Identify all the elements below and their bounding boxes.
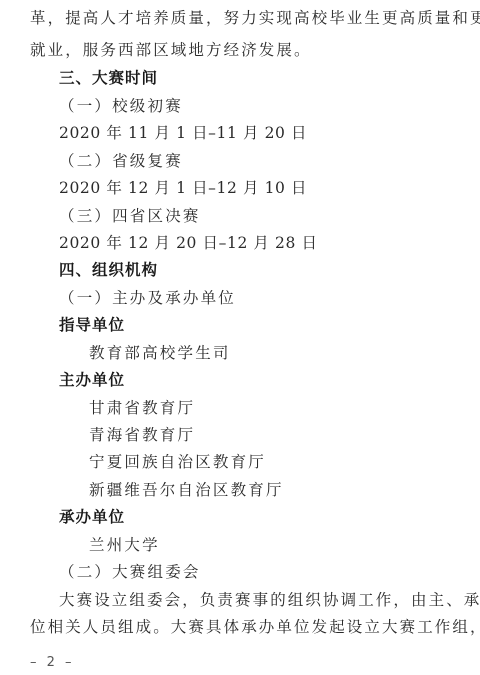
stage-1-label: （一）校级初赛 — [59, 96, 183, 116]
host-unit-label: 主办单位 — [59, 370, 125, 390]
intro-line-1: 革，提高人才培养质量，努力实现高校毕业生更高质量和更充分 — [30, 8, 480, 28]
guiding-unit-label: 指导单位 — [59, 315, 125, 335]
organizer-unit-label: 承办单位 — [59, 507, 125, 527]
host-unit-item: 宁夏回族自治区教育厅 — [89, 452, 266, 472]
host-unit-item: 青海省教育厅 — [89, 425, 195, 445]
guiding-unit-item: 教育部高校学生司 — [89, 343, 231, 363]
intro-line-2: 就业，服务西部区域地方经济发展。 — [30, 40, 312, 60]
section-4-sub-2: （二）大赛组委会 — [59, 562, 201, 582]
stage-3-date: 2020 年 12 月 20 日–12 月 28 日 — [59, 233, 318, 253]
committee-line-2: 位相关人员组成。大赛具体承办单位发起设立大赛工作组，本届 — [30, 617, 480, 637]
section-4-sub-1: （一）主办及承办单位 — [59, 288, 236, 308]
stage-1-date: 2020 年 11 月 1 日–11 月 20 日 — [59, 123, 307, 143]
stage-2-label: （二）省级复赛 — [59, 151, 183, 171]
host-unit-item: 甘肃省教育厅 — [89, 398, 195, 418]
page-number: – 2 – — [30, 655, 75, 670]
stage-3-label: （三）四省区决赛 — [59, 206, 201, 226]
host-unit-item: 新疆维吾尔自治区教育厅 — [89, 480, 284, 500]
organizer-unit-item: 兰州大学 — [89, 535, 160, 555]
section-3-title: 三、大赛时间 — [59, 68, 158, 88]
section-4-title: 四、组织机构 — [59, 260, 158, 280]
stage-2-date: 2020 年 12 月 1 日–12 月 10 日 — [59, 178, 307, 198]
committee-line-1: 大赛设立组委会，负责赛事的组织协调工作，由主、承办单 — [59, 590, 480, 610]
